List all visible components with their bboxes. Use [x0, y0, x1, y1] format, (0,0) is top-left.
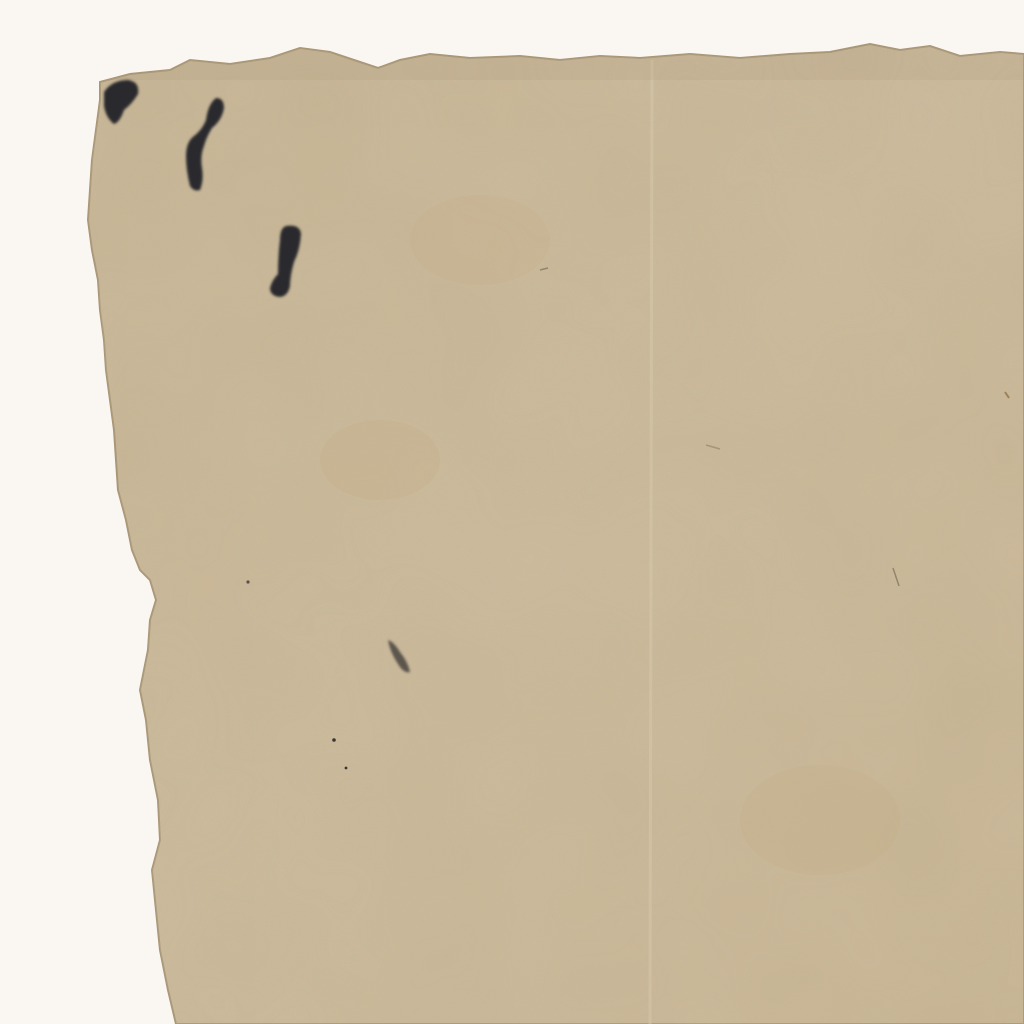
paper-photograph [0, 0, 1024, 1024]
paper-illustration [0, 0, 1024, 1024]
fold-line [650, 60, 652, 1024]
